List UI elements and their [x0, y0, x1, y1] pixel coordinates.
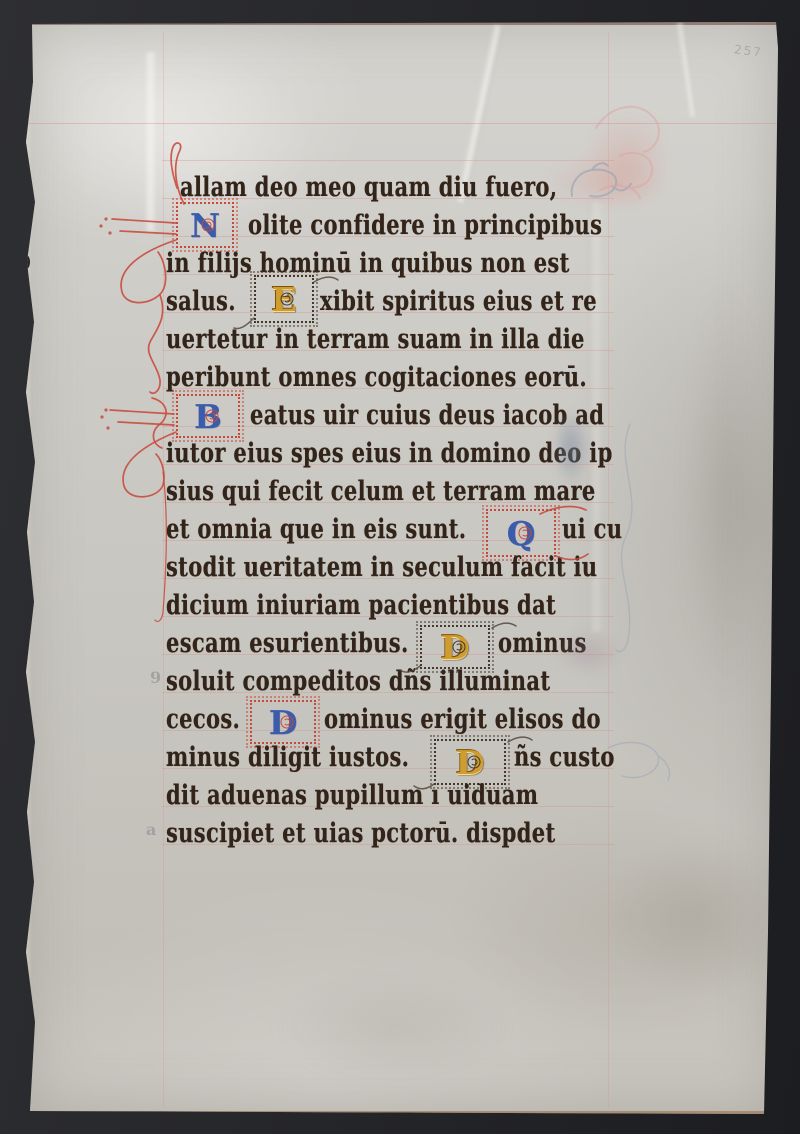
text-line-11: stodit ueritatem in seculum facit iu: [22, 552, 778, 586]
text-line-17: dit aduenas pupillum ı uiduam: [22, 780, 778, 814]
text-line-1: allam deo meo quam diu fuero,: [22, 172, 778, 206]
margin-guide-letter: 9: [150, 668, 161, 687]
pencil-folio-number: 257: [733, 42, 763, 59]
text-line-7: eatus uir cuius deus iacob ad: [22, 400, 778, 434]
gothic-text-segment: allam deo meo quam diu fuero,: [180, 172, 557, 203]
gothic-text-segment: ui cu: [562, 514, 622, 545]
margin-guide-letter: a: [146, 820, 156, 839]
gothic-text-segment: ominus: [498, 628, 587, 659]
text-line-14: soluit compeditos dñs illuminat: [22, 666, 778, 700]
gothic-text-segment: stodit ueritatem in seculum facit iu: [166, 552, 597, 583]
text-line-10: et omnia que in eis sunt.ui cu: [22, 514, 778, 548]
dark-backdrop: allam deo meo quam diu fuero,Nolite conf…: [0, 0, 800, 1134]
edge-nick: [19, 102, 28, 116]
gothic-text-segment: iutor eius spes eius in domino deo ip: [166, 438, 613, 469]
gothic-text-segment: ñs custo: [514, 742, 615, 773]
text-line-12: dicium iniuriam pacientibus dat: [22, 590, 778, 624]
gothic-text-segment: uertetur in terram suam in illa die: [166, 324, 585, 355]
text-line-4: salus.xibit spiritus eius et re: [22, 286, 778, 320]
gothic-text-segment: xibit spiritus eius et re: [320, 286, 597, 317]
text-line-2: olite confidere in principibus: [22, 210, 778, 244]
gothic-text-segment: olite confidere in principibus: [248, 210, 602, 241]
photo-of-manuscript-leaf: { "colors": { "red_pen": "#c8493b", "blu…: [0, 0, 800, 1134]
text-line-13: escam esurientibus.ominus: [22, 628, 778, 662]
gothic-text-segment: minus diligit iustos.: [166, 742, 409, 773]
gothic-text-segment: salus.: [166, 286, 236, 317]
edge-nick: [20, 852, 29, 867]
text-line-6: peribunt omnes cogitaciones eorū.: [22, 362, 778, 396]
text-line-18: suscipiet et uias pctorū. dispdet: [22, 818, 778, 852]
gothic-text-segment: dit aduenas pupillum ı uiduam: [166, 780, 538, 811]
parchment-stain: [272, 972, 512, 1082]
gothic-text-segment: peribunt omnes cogitaciones eorū.: [166, 362, 587, 393]
text-line-5: uertetur in terram suam in illa die: [22, 324, 778, 358]
gothic-text-segment: suscipiet et uias pctorū. dispdet: [166, 818, 556, 849]
top-edge-shadow: [30, 22, 778, 25]
text-line-8: iutor eius spes eius in domino deo ip: [22, 438, 778, 472]
edge-nick: [19, 582, 27, 595]
gothic-text-segment: et omnia que in eis sunt.: [166, 514, 466, 545]
gothic-text-segment: soluit compeditos dñs illuminat: [166, 666, 550, 697]
gothic-text-segment: eatus uir cuius deus iacob ad: [250, 400, 604, 431]
gothic-text-segment: ominus erigit elisos do: [324, 704, 601, 735]
text-line-16: minus diligit iustos.ñs custo: [22, 742, 778, 776]
gothic-text-segment: dicium iniuriam pacientibus dat: [166, 590, 556, 621]
ruling-line-horizontal: [22, 123, 778, 124]
parchment-stain: [612, 842, 782, 992]
gothic-text-segment: sius qui fecit celum et terram mare: [166, 476, 596, 507]
text-line-15: cecos.ominus erigit elisos do: [22, 704, 778, 738]
bottom-edge-shadow: [28, 1111, 768, 1114]
text-line-9: sius qui fecit celum et terram mare: [22, 476, 778, 510]
manuscript-leaf: allam deo meo quam diu fuero,Nolite conf…: [22, 22, 778, 1114]
gothic-text-segment: escam esurientibus.: [166, 628, 409, 659]
ruling-line-text: [162, 160, 614, 161]
crease: [675, 22, 697, 117]
gothic-text-segment: cecos.: [166, 704, 240, 735]
gothic-text-segment: in filijs hominū in quibus non est: [166, 248, 570, 279]
text-line-3: in filijs hominū in quibus non est: [22, 248, 778, 282]
deckle-edge: [22, 22, 32, 1114]
